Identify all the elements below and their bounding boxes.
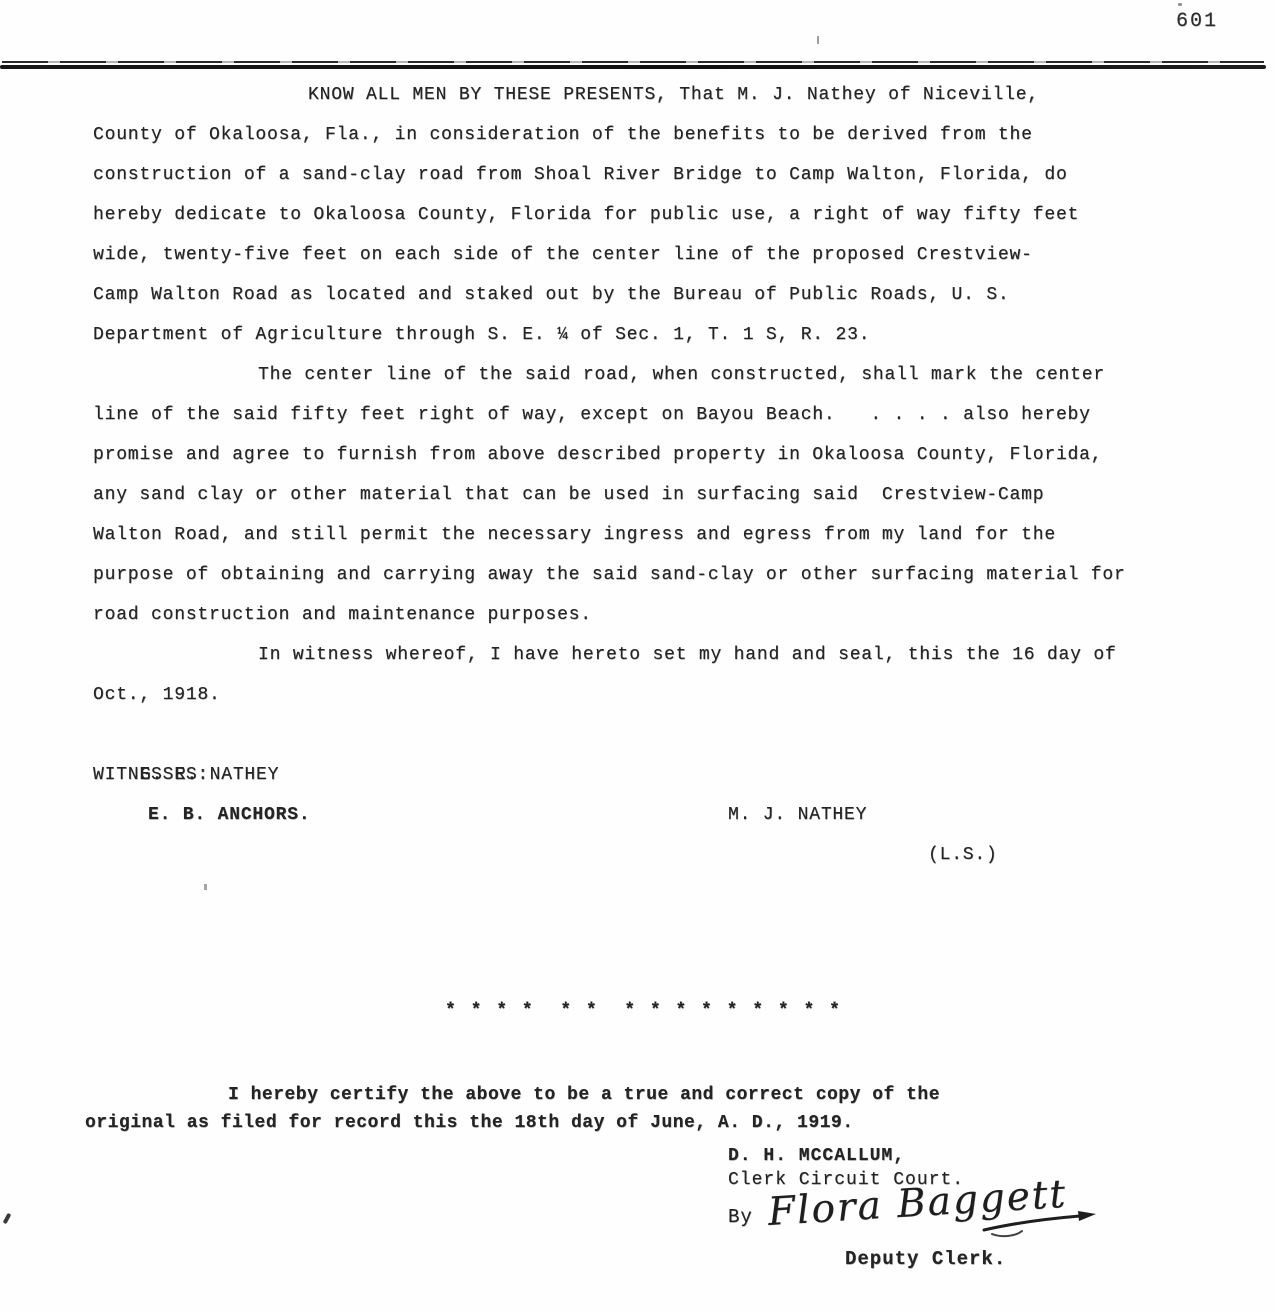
document-body: KNOW ALL MEN BY THESE PRESENTS, That M. … <box>0 0 1275 1137</box>
clerk-name: D. H. MCCALLUM, <box>728 1146 905 1166</box>
paragraph-centerline: The center line of the said road, when c… <box>93 355 1275 635</box>
text-line: purpose of obtaining and carrying away t… <box>93 555 1275 595</box>
scan-artifact <box>1178 3 1182 6</box>
text-line: hereby dedicate to Okaloosa County, Flor… <box>93 195 1275 235</box>
text-line: Department of Agriculture through S. E. … <box>93 315 1275 355</box>
text-line: County of Okaloosa, Fla., in considerati… <box>93 115 1275 155</box>
scan-artifact <box>3 1213 12 1225</box>
text-line: Oct., 1918. <box>93 675 1275 715</box>
text-line: KNOW ALL MEN BY THESE PRESENTS, That M. … <box>93 75 1275 115</box>
seal-mark: (L.S.) <box>928 835 998 875</box>
text-line: any sand clay or other material that can… <box>93 475 1275 515</box>
signature-flourish <box>982 1200 1107 1242</box>
scan-artifact <box>204 884 207 890</box>
signatory-name: M. J. NATHEY <box>728 795 867 835</box>
deputy-clerk-title: Deputy Clerk. <box>845 1248 1006 1270</box>
paragraph-witness-clause: In witness whereof, I have hereto set my… <box>93 635 1275 715</box>
witness-name: G. R. NATHEY <box>93 755 1275 795</box>
text-line: line of the said fifty feet right of way… <box>93 395 1275 435</box>
text-line: I hereby certify the above to be a true … <box>85 1081 1275 1109</box>
certification-paragraph: I hereby certify the above to be a true … <box>85 1081 1275 1137</box>
paragraph-opening: KNOW ALL MEN BY THESE PRESENTS, That M. … <box>93 75 1275 355</box>
text-line: The center line of the said road, when c… <box>93 355 1275 395</box>
scan-artifact <box>817 36 819 44</box>
by-label: By <box>728 1206 753 1228</box>
text-line: road construction and maintenance purpos… <box>93 595 1275 635</box>
asterisk-separator: * * * * * * * * * * * * * * * <box>93 991 1275 1031</box>
text-line: Walton Road, and still permit the necess… <box>93 515 1275 555</box>
text-line: Camp Walton Road as located and staked o… <box>93 275 1275 315</box>
text-line: promise and agree to furnish from above … <box>93 435 1275 475</box>
document-page: 601 KNOW ALL MEN BY THESE PRESENTS, That… <box>0 0 1275 1312</box>
witness-name: E. B. ANCHORS. <box>93 795 1275 835</box>
text-line: original as filed for record this the 18… <box>85 1109 1275 1137</box>
witnesses-row: WITNESSES: M. J. NATHEY (L.S.) <box>93 715 1275 755</box>
text-line: construction of a sand-clay road from Sh… <box>93 155 1275 195</box>
witnesses-label: WITNESSES: <box>93 755 209 795</box>
text-line: In witness whereof, I have hereto set my… <box>93 635 1275 675</box>
text-line: wide, twenty-five feet on each side of t… <box>93 235 1275 275</box>
